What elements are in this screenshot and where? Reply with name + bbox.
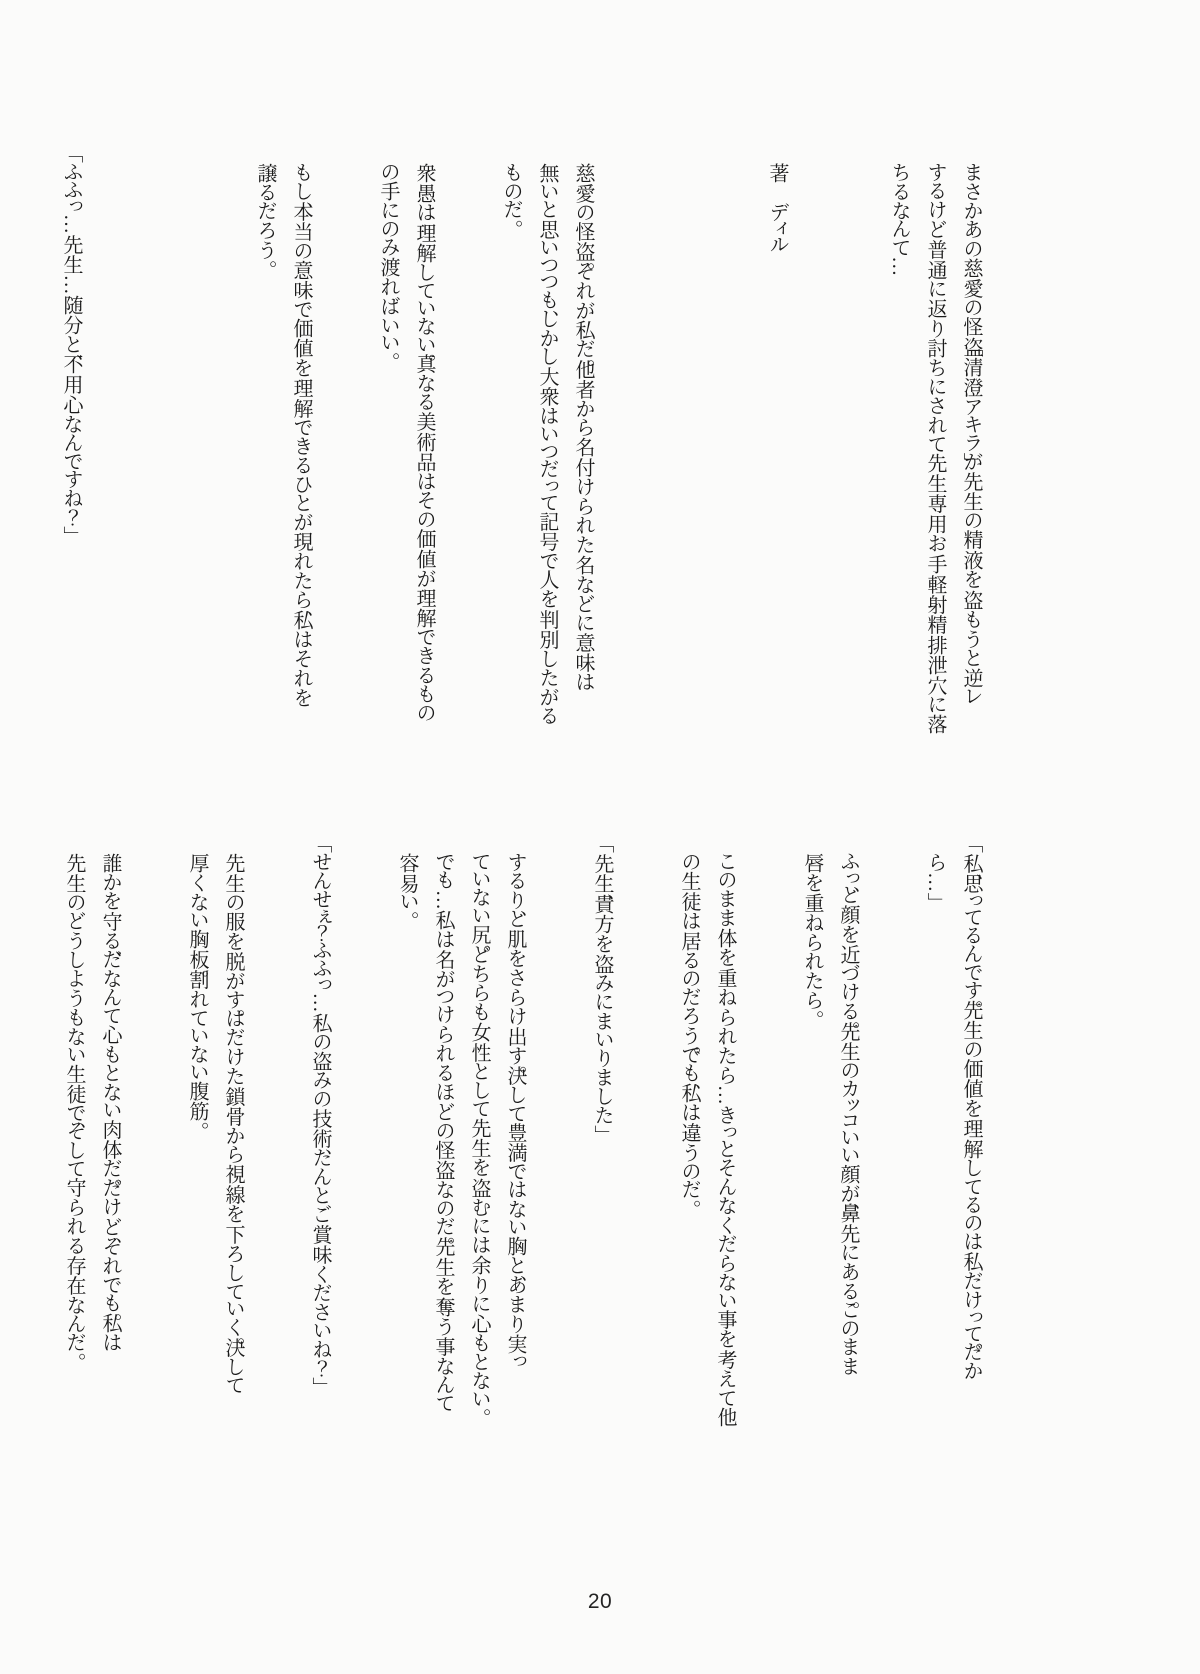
page-number: 20 xyxy=(0,1590,1200,1614)
paragraph-narration-3: このまま体を重ねられたら…きっとそんなくだらない事を考えて他 の生徒は居るのだろ… xyxy=(671,853,743,1505)
paragraph-narration-4: するり、と肌をさらけ出す。決して豊満ではない胸と、あまり実っ ていない尻。どちら… xyxy=(389,853,533,1505)
paragraph-dialogue-3: 「先生、貴方を盗みにまいりました」 xyxy=(584,853,620,1505)
paragraph-dialogue-2: 「私、思ってるんです。先生の価値を理解してるのは私だけって。だか ら…」 xyxy=(917,853,989,1505)
paragraph-monologue-1: 慈愛の怪盗。それが私だ。他者から名付けられた名などに意味は 無いと思いつつも、し… xyxy=(493,163,601,791)
paragraph-narration-5: 先生の服を脱がす。はだけた鎖骨から視線を下ろしていく。決して 厚くない胸板。割れ… xyxy=(179,853,251,1505)
paragraph-monologue-3: もし、本当の意味で価値を理解できるひとが現れたら、私はそれを 譲るだろう。 xyxy=(247,163,319,791)
paragraph-narration-6: 誰かを守る、だなんて心もとない肉体だ。だけど、それでも。私は 先生のどうしようも… xyxy=(56,853,128,1505)
paragraph-opening-summary: まさかあの慈愛の怪盗「清澄アキラ」が先生の精液を盗もうと逆レ するけど普通に返り… xyxy=(881,163,989,791)
paragraph-monologue-2: 衆愚は理解していない。真なる美術品はその価値が理解できるもの の手にのみ渡ればい… xyxy=(370,163,442,791)
intro-text-block: まさかあの慈愛の怪盗「清澄アキラ」が先生の精液を盗もうと逆レ するけど普通に返り… xyxy=(0,163,1025,791)
paragraph-narration-2: ふっ、と顔を近づける。先生のカッコいい顔が、鼻先にある。このまま 唇を重ねられた… xyxy=(794,853,866,1505)
paragraph-narration-1: 夜、シャーレに入り込む。窓は鍵などされておらずにただすんなり と侵入する事が出来… xyxy=(0,163,2,791)
paragraph-dialogue-1: 「ふふっ…先生…随分と、不用心なんですね？」 xyxy=(53,163,89,791)
paragraph-dialogue-4: 「せんせぇ？ふふっ…私の盗みの技術、たんとご賞味くださいね？」 xyxy=(302,853,338,1505)
scanned-novel-page: まさかあの慈愛の怪盗「清澄アキラ」が先生の精液を盗もうと逆レ するけど普通に返り… xyxy=(0,0,1200,1674)
body-text-block: 「私、思ってるんです。先生の価値を理解してるのは私だけって。だか ら…」 ふっ、… xyxy=(0,853,1025,1505)
paragraph-dialogue-5: 「では、待ちに待ったおちんちんを…ふぇ？」 xyxy=(0,853,5,1505)
author-credit: 著 ディル xyxy=(759,163,795,791)
